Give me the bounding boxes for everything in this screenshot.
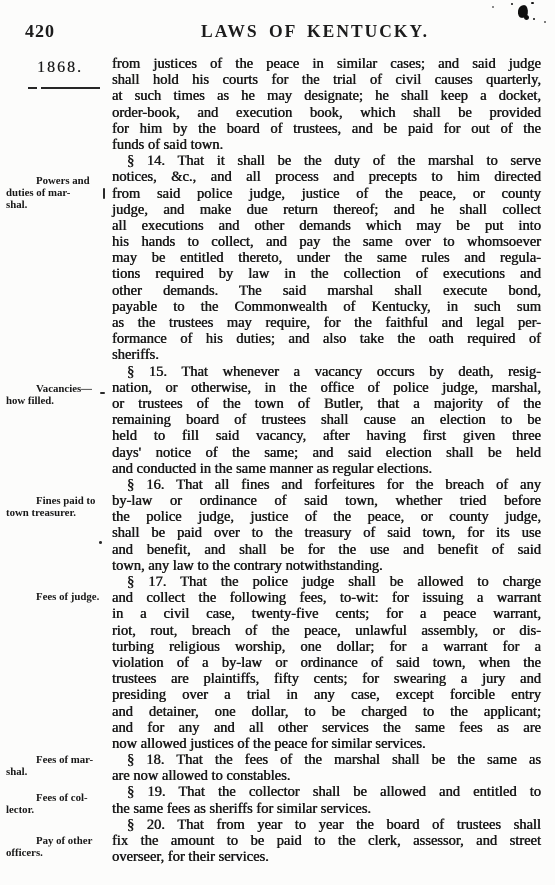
ink-blot-icon <box>524 15 529 20</box>
ink-speck-icon <box>544 21 546 23</box>
scanned-book-page: 420 LAWS OF KENTUCKY. 1868. Powers anddu… <box>0 0 555 885</box>
margin-note-fees-of-judge: Fees of judge. <box>6 592 101 604</box>
ink-speck-icon <box>511 3 513 5</box>
body-text-line: shall be paid over to the treasury of sa… <box>112 525 541 541</box>
scan-artifact <box>103 188 105 199</box>
body-text-line: tions required by law in the collection … <box>112 266 541 282</box>
body-text-line: § 18. That the fees of the marshal shall… <box>112 752 541 768</box>
body-text-line: and detainer, one dollar, to be charged … <box>112 704 541 720</box>
body-text-line: violation of a by-law or ordinance of sa… <box>112 655 541 671</box>
body-text-line: § 14. That it shall be the duty of the m… <box>112 153 541 169</box>
margin-note-line: how filled. <box>6 396 101 408</box>
margin-note-fees-of-collector: Fees of col-lector. <box>6 793 101 817</box>
margin-note-line: town treasurer. <box>6 508 101 520</box>
body-text-line: town, any law to the contrary notwithsta… <box>112 558 541 574</box>
margin-note-powers-duties-of-marshal: Powers andduties of mar-shal. <box>6 176 101 211</box>
body-text-line: presiding over a trial in any case, exce… <box>112 687 541 703</box>
body-text-line: remaining board of trustees shall cause … <box>112 412 541 428</box>
body-text-line: § 20. That from year to year the board o… <box>112 817 541 833</box>
body-text-line: formance of his duties; and also take th… <box>112 331 541 347</box>
body-text-line: or trustees of the town of Butler, that … <box>112 396 541 412</box>
body-text-line: judge, and make due return thereof; and … <box>112 202 541 218</box>
body-text-line: by-law or ordinance of said town, whethe… <box>112 493 541 509</box>
margin-note-fines-paid-to-town-treasurer: Fines paid totown treasurer. <box>6 496 101 520</box>
body-text-line: now allowed justices of the peace for si… <box>112 736 541 752</box>
body-text-line: from said police judge, justice of the p… <box>112 186 541 202</box>
body-text-line: may be entitled thereto, under the same … <box>112 250 541 266</box>
ink-speck-icon <box>533 18 535 20</box>
body-text-line: in a civil case, twenty-five cents; for … <box>112 606 541 622</box>
body-text-line: the police judge, justice of the peace, … <box>112 509 541 525</box>
scan-artifact <box>99 541 102 544</box>
body-text-line: trustees are plaintiffs, fifty cents; fo… <box>112 671 541 687</box>
body-text-line: turbing religious worship, one dollar; f… <box>112 639 541 655</box>
margin-note-line: officers. <box>6 848 101 860</box>
body-text-line: § 15. That whenever a vacancy occurs by … <box>112 364 541 380</box>
body-text-line: and conducted in the same manner as regu… <box>112 461 541 477</box>
body-text-line: riot, rout, breach of the peace, unlawfu… <box>112 623 541 639</box>
body-text-line: are now allowed to constables. <box>112 768 541 784</box>
body-text-line: shall hold his courts for the trial of c… <box>112 72 541 88</box>
running-header-title: LAWS OF KENTUCKY. <box>75 21 555 42</box>
body-text-line: and collect the following fees, to-wit: … <box>112 590 541 606</box>
body-text-line: all executions and other demands which m… <box>112 218 541 234</box>
body-text-line: § 16. That all fines and forfeitures for… <box>112 477 541 493</box>
body-text-line: notices, &c., and all process and precep… <box>112 169 541 185</box>
body-text: from justices of the peace in similar ca… <box>112 56 541 865</box>
body-text-line: overseer, for their services. <box>112 849 541 865</box>
body-text-line: the same fees as sheriffs for similar se… <box>112 801 541 817</box>
year-sidenote: 1868. <box>37 59 83 77</box>
body-text-line: from justices of the peace in similar ca… <box>112 56 541 72</box>
body-text-line: nation, or otherwise, in the office of p… <box>112 380 541 396</box>
ink-speck-icon <box>531 2 534 4</box>
body-text-line: § 19. That the collector shall be allowe… <box>112 784 541 800</box>
body-text-line: and for any and all other services the s… <box>112 720 541 736</box>
margin-note-line: shal. <box>6 200 101 212</box>
body-text-line: § 17. That the police judge shall be all… <box>112 574 541 590</box>
body-text-line: other demands. The said marshal shall ex… <box>112 283 541 299</box>
margin-note-line: duties of mar- <box>6 188 101 200</box>
body-text-line: as the trustees may require, for the fai… <box>112 315 541 331</box>
year-rule <box>28 87 37 89</box>
body-text-line: at such times as he may designate; he sh… <box>112 88 541 104</box>
body-text-line: payable to the Commonwealth of Kentucky,… <box>112 299 541 315</box>
body-text-line: order-book, and execution book, which sh… <box>112 105 541 121</box>
margin-note-line: shal. <box>6 767 101 779</box>
body-text-line: for him by the board of trustees, and be… <box>112 121 541 137</box>
margin-note-vacancies-how-filled: Vacancies—how filled. <box>6 384 101 408</box>
body-text-line: funds of said town. <box>112 137 541 153</box>
margin-note-line: lector. <box>6 805 101 817</box>
margin-note-pay-of-other-officers: Pay of otherofficers. <box>6 836 101 860</box>
ink-speck-icon <box>492 6 494 8</box>
body-text-line: fix the amount to be paid to the clerk, … <box>112 833 541 849</box>
margin-note-fees-of-marshal: Fees of mar-shal. <box>6 755 101 779</box>
body-text-line: and benefit, and shall be for the use an… <box>112 542 541 558</box>
body-text-line: days' notice of the same; and said elect… <box>112 445 541 461</box>
page-number: 420 <box>25 21 55 42</box>
body-text-line: his hands to collect, and pay the same o… <box>112 234 541 250</box>
body-text-line: sheriffs. <box>112 347 541 363</box>
year-rule <box>41 87 100 89</box>
margin-note-line: Fees of judge. <box>6 592 101 604</box>
body-text-line: held to fill said vacancy, after having … <box>112 428 541 444</box>
